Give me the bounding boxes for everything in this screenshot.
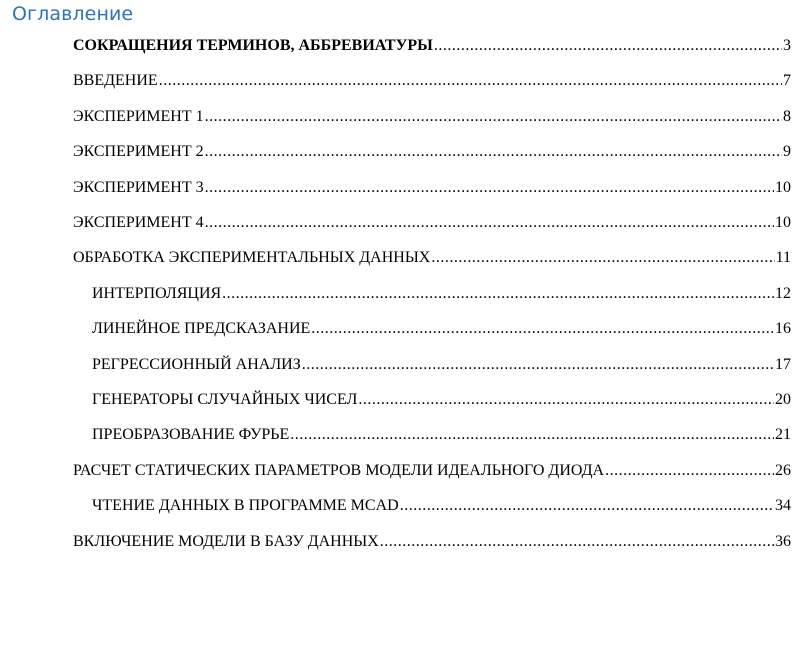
toc-entry-page-number: 10 bbox=[775, 212, 791, 234]
toc-entry-page-number: 9 bbox=[783, 141, 791, 163]
toc-entry[interactable]: ЛИНЕЙНОЕ ПРЕДСКАЗАНИЕ16 bbox=[92, 318, 791, 340]
toc-entry-page-number: 20 bbox=[775, 389, 791, 411]
dot-leader bbox=[434, 35, 782, 57]
toc-entry-title: ЛИНЕЙНОЕ ПРЕДСКАЗАНИЕ bbox=[92, 318, 310, 340]
dot-leader bbox=[205, 106, 782, 128]
toc-entry-page-number: 10 bbox=[775, 177, 791, 199]
toc-entry[interactable]: ОБРАБОТКА ЭКСПЕРИМЕНТАЛЬНЫХ ДАННЫХ11 bbox=[73, 247, 791, 269]
dot-leader bbox=[431, 247, 774, 269]
toc-entry-page-number: 17 bbox=[775, 354, 791, 376]
toc-entry-title: ЭКСПЕРИМЕНТ 2 bbox=[73, 141, 204, 163]
toc-entry-page-number: 34 bbox=[775, 495, 791, 517]
toc-entry[interactable]: ПРЕОБРАЗОВАНИЕ ФУРЬЕ21 bbox=[92, 424, 791, 446]
toc-entry-page-number: 7 bbox=[783, 70, 791, 92]
dot-leader bbox=[302, 354, 774, 376]
dot-leader bbox=[222, 283, 774, 305]
toc-entry-title: ЭКСПЕРИМЕНТ 3 bbox=[73, 177, 204, 199]
dot-leader bbox=[205, 141, 782, 163]
toc-entry[interactable]: ИНТЕРПОЛЯЦИЯ12 bbox=[92, 283, 791, 305]
dot-leader bbox=[380, 531, 774, 553]
toc-entry-page-number: 26 bbox=[775, 460, 791, 482]
dot-leader bbox=[605, 460, 774, 482]
toc-entry-page-number: 11 bbox=[776, 247, 791, 269]
toc-entry[interactable]: ЭКСПЕРИМЕНТ 18 bbox=[73, 106, 791, 128]
toc-entry-title: ЧТЕНИЕ ДАННЫХ В ПРОГРАММЕ MCAD bbox=[92, 495, 399, 517]
toc-entry-title: ПРЕОБРАЗОВАНИЕ ФУРЬЕ bbox=[92, 424, 289, 446]
toc-heading: Оглавление bbox=[12, 3, 133, 25]
toc-entry-title: ВКЛЮЧЕНИЕ МОДЕЛИ В БАЗУ ДАННЫХ bbox=[73, 531, 379, 553]
toc-entry[interactable]: ВВЕДЕНИЕ7 bbox=[73, 70, 791, 92]
toc-entry[interactable]: ВКЛЮЧЕНИЕ МОДЕЛИ В БАЗУ ДАННЫХ36 bbox=[73, 531, 791, 553]
dot-leader bbox=[400, 495, 774, 517]
toc-entry-title: РАСЧЕТ СТАТИЧЕСКИХ ПАРАМЕТРОВ МОДЕЛИ ИДЕ… bbox=[73, 460, 604, 482]
toc-entry-page-number: 36 bbox=[775, 531, 791, 553]
toc-entry-title: ЭКСПЕРИМЕНТ 4 bbox=[73, 212, 204, 234]
toc-entry[interactable]: РЕГРЕССИОННЫЙ АНАЛИЗ17 bbox=[92, 354, 791, 376]
toc-entry-page-number: 21 bbox=[775, 424, 791, 446]
toc-entry-page-number: 12 bbox=[775, 283, 791, 305]
toc-entry[interactable]: СОКРАЩЕНИЯ ТЕРМИНОВ, АББРЕВИАТУРЫ3 bbox=[73, 35, 791, 57]
dot-leader bbox=[205, 177, 774, 199]
toc-entry[interactable]: ЧТЕНИЕ ДАННЫХ В ПРОГРАММЕ MCAD34 bbox=[92, 495, 791, 517]
toc-entry[interactable]: ЭКСПЕРИМЕНТ 410 bbox=[73, 212, 791, 234]
toc-entry-title: ИНТЕРПОЛЯЦИЯ bbox=[92, 283, 221, 305]
toc-entry-title: ЭКСПЕРИМЕНТ 1 bbox=[73, 106, 204, 128]
dot-leader bbox=[205, 212, 774, 234]
toc-entry-title: ГЕНЕРАТОРЫ СЛУЧАЙНЫХ ЧИСЕЛ bbox=[92, 389, 357, 411]
toc-entry-page-number: 3 bbox=[783, 35, 791, 57]
toc-entry-page-number: 16 bbox=[775, 318, 791, 340]
toc-entry[interactable]: ЭКСПЕРИМЕНТ 29 bbox=[73, 141, 791, 163]
toc-entry[interactable]: ГЕНЕРАТОРЫ СЛУЧАЙНЫХ ЧИСЕЛ20 bbox=[92, 389, 791, 411]
toc-entry-title: ОБРАБОТКА ЭКСПЕРИМЕНТАЛЬНЫХ ДАННЫХ bbox=[73, 247, 430, 269]
toc-entry-page-number: 8 bbox=[783, 106, 791, 128]
dot-leader bbox=[358, 389, 774, 411]
toc-entry-title: ВВЕДЕНИЕ bbox=[73, 70, 158, 92]
toc-entry[interactable]: РАСЧЕТ СТАТИЧЕСКИХ ПАРАМЕТРОВ МОДЕЛИ ИДЕ… bbox=[73, 460, 791, 482]
dot-leader bbox=[159, 70, 782, 92]
toc-entry[interactable]: ЭКСПЕРИМЕНТ 310 bbox=[73, 177, 791, 199]
toc-entry-title: РЕГРЕССИОННЫЙ АНАЛИЗ bbox=[92, 354, 301, 376]
toc-entry-title: СОКРАЩЕНИЯ ТЕРМИНОВ, АББРЕВИАТУРЫ bbox=[73, 35, 433, 57]
dot-leader bbox=[311, 318, 774, 340]
dot-leader bbox=[290, 424, 774, 446]
